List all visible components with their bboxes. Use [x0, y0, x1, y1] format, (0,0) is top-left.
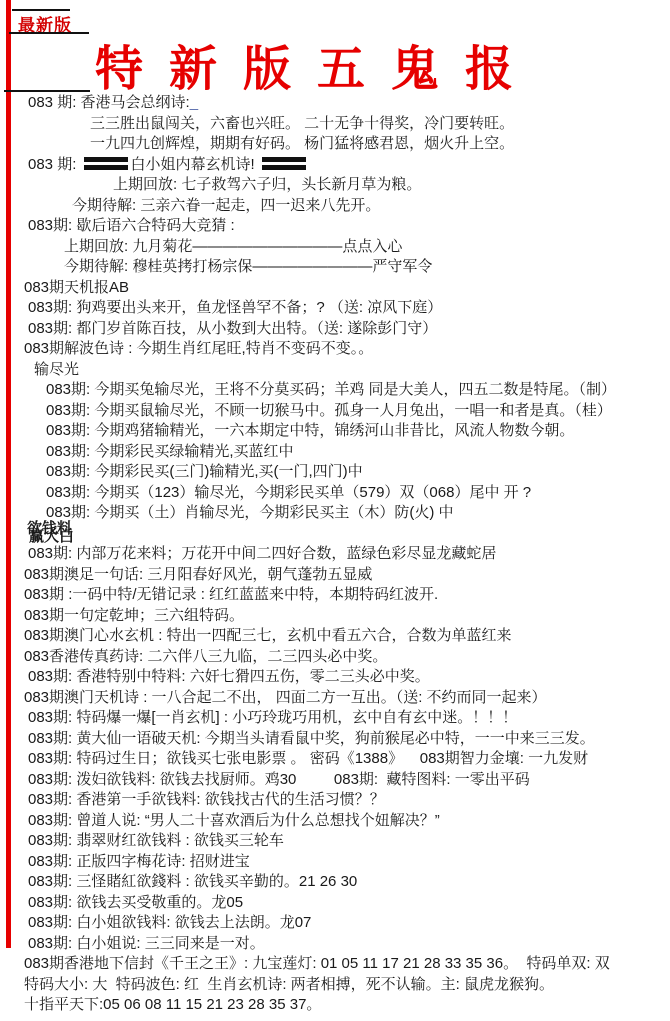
- text-line: 083期: 今期买（土）肖输尽光，今期彩民买主（木）防(火) 中: [0, 503, 670, 524]
- text-line: 083期一句定乾坤；三六组特码。: [0, 606, 670, 627]
- text-line: 083期: 今期买兔输尽光，王将不分莫买码；羊鸡 同是大美人，四五二数是特尾。（…: [0, 380, 670, 401]
- overlapped-section-header: 赢大白: [29, 527, 74, 548]
- text-line: 083期: 狗鸡要出头来开，鱼龙怪兽罕不备；? （送: 凉风下庭）: [0, 298, 670, 319]
- text-line: 欲钱料赢大白: [0, 524, 670, 545]
- text-line: 083期: 欲钱去买受敬重的。龙05: [0, 893, 670, 914]
- text-line: 083期: 特码过生日；欲钱买七张电影票 。 密码《1388》 083期智力金壤…: [0, 749, 670, 770]
- text-line: 083期: 今期买鼠输尽光，不顾一切猴马中。孤身一人月兔出，一唱一和者是真。（桂…: [0, 401, 670, 422]
- text-line: 今期待解: 穆桂英拷打杨宗保————————严守军令: [0, 257, 670, 278]
- text-line: 083 期: 香港马会总纲诗:_: [0, 93, 670, 114]
- masthead-divider: [4, 90, 90, 92]
- body-text-lines: 083 期: 香港马会总纲诗:_三三胜出鼠闯关，六畜也兴旺。 二十无争十得奖，冷…: [0, 93, 670, 1016]
- badge-divider-bottom: [9, 32, 89, 34]
- black-bars-icon: [84, 157, 128, 170]
- text-line: 上期回放: 九月菊花——————————点点入心: [0, 237, 670, 258]
- text-line: 083期: 三怪賭紅欲錢料 : 欲钱买辛勤的。21 26 30: [0, 872, 670, 893]
- text-line: 083期: 香港特别中特料: 六奸七猾四五伤，零二三头必中奖。: [0, 667, 670, 688]
- text-line: 083期: 正版四字梅花诗: 招财进宝: [0, 852, 670, 873]
- text-line: 083期澳足一句话: 三月阳春好风光，朝气蓬勃五显威: [0, 565, 670, 586]
- text-line: 083期 :一码中特/无错记录 : 红红蓝蓝来中特，本期特码红波开.: [0, 585, 670, 606]
- text-line: 一九四九创辉煌，期期有好码。 杨门猛将感君恩，烟火升上空。: [0, 134, 670, 155]
- text-line: 083期: 翡翠财红欲钱料 : 欲钱买三轮车: [0, 831, 670, 852]
- text-line: 083期天机报AB: [0, 278, 670, 299]
- text-line: 083香港传真药诗: 二六伴八三九临，二三四头必中奖。: [0, 647, 670, 668]
- text-line: 083期: 特码爆一爆[一肖玄机] : 小巧玲珑巧用机，玄中自有玄中迷。！！！: [0, 708, 670, 729]
- text-line: 083期: 今期鸡猪输精光，一六本期定中特，锦绣河山非昔比，风流人物数今朝。: [0, 421, 670, 442]
- text-line: 083期澳门心水玄机 : 特出一四配三七，玄机中看五六合，合数为单蓝红来: [0, 626, 670, 647]
- text-line: 083期解波色诗 : 今期生肖红尾旺,特肖不变码不变。。: [0, 339, 670, 360]
- black-bars-icon: [262, 157, 306, 170]
- text-line: 083期香港地下信封《千王之王》: 九宝莲灯: 01 05 11 17 21 2…: [0, 954, 670, 975]
- lottery-tip-sheet: 最新版 特新版五鬼报 083 期: 香港马会总纲诗:_三三胜出鼠闯关，六畜也兴旺…: [0, 0, 670, 1021]
- text-line: 083期: 歇后语六合特码大竞猜 :: [0, 216, 670, 237]
- text-line: 083期澳门天机诗 : 一八合起二不出， 四面二方一互出。（送: 不约而同一起来…: [0, 688, 670, 709]
- text-line: 083期: 今期彩民买绿输精光,买蓝红中: [0, 442, 670, 463]
- text-line: 083期: 内部万花来料；万花开中间二四好合数，蓝绿色彩尽显龙藏蛇居: [0, 544, 670, 565]
- text-line: 083期: 泼妇欲钱料: 欲钱去找厨师。鸡30 083期: 藏特图料: 一零出平…: [0, 770, 670, 791]
- page-title: 特新版五鬼报: [95, 30, 640, 99]
- text-line: 083期: 白小姐欲钱料: 欲钱去上法朗。龙07: [0, 913, 670, 934]
- text-line: 083 期: 白小姐内幕玄机诗!: [0, 155, 670, 176]
- text-line: 083期: 曾道人说: “男人二十喜欢酒后为什么总想找个妞解决？”: [0, 811, 670, 832]
- text-line: 083期: 白小姐说: 三三同来是一对。: [0, 934, 670, 955]
- text-line: 输尽光: [0, 360, 670, 381]
- text-line: 083期: 香港第一手欲钱料: 欲钱找古代的生活习惯？？: [0, 790, 670, 811]
- text-line: 083期: 今期买（123）输尽光，今期彩民买单（579）双（068）尾中 开 …: [0, 483, 670, 504]
- text-line: 十指平天下:05 06 08 11 15 21 23 28 35 37。: [0, 995, 670, 1016]
- text-line: 083期: 今期彩民买(三门)输精光,买(一门,四门)中: [0, 462, 670, 483]
- text-line: 上期回放: 七子救驾六子归，头长新月草为粮。: [0, 175, 670, 196]
- text-line: 三三胜出鼠闯关，六畜也兴旺。 二十无争十得奖，冷门要转旺。: [0, 114, 670, 135]
- cursor-underscore: _: [190, 94, 198, 111]
- text-line: 083期: 都门岁首陈百技，从小数到大出特。（送: 遂除彭门守）: [0, 319, 670, 340]
- text-line: 今期待解: 三亲六眷一起走，四一迟来八先开。: [0, 196, 670, 217]
- text-line: 特码大小: 大 特码波色: 红 生肖玄机诗: 两者相搏，死不认输。主: 鼠虎龙猴…: [0, 975, 670, 996]
- text-line: 083期: 黄大仙一语破天机: 今期当头请看鼠中奖，狗前猴尾必中特，一一中来三三…: [0, 729, 670, 750]
